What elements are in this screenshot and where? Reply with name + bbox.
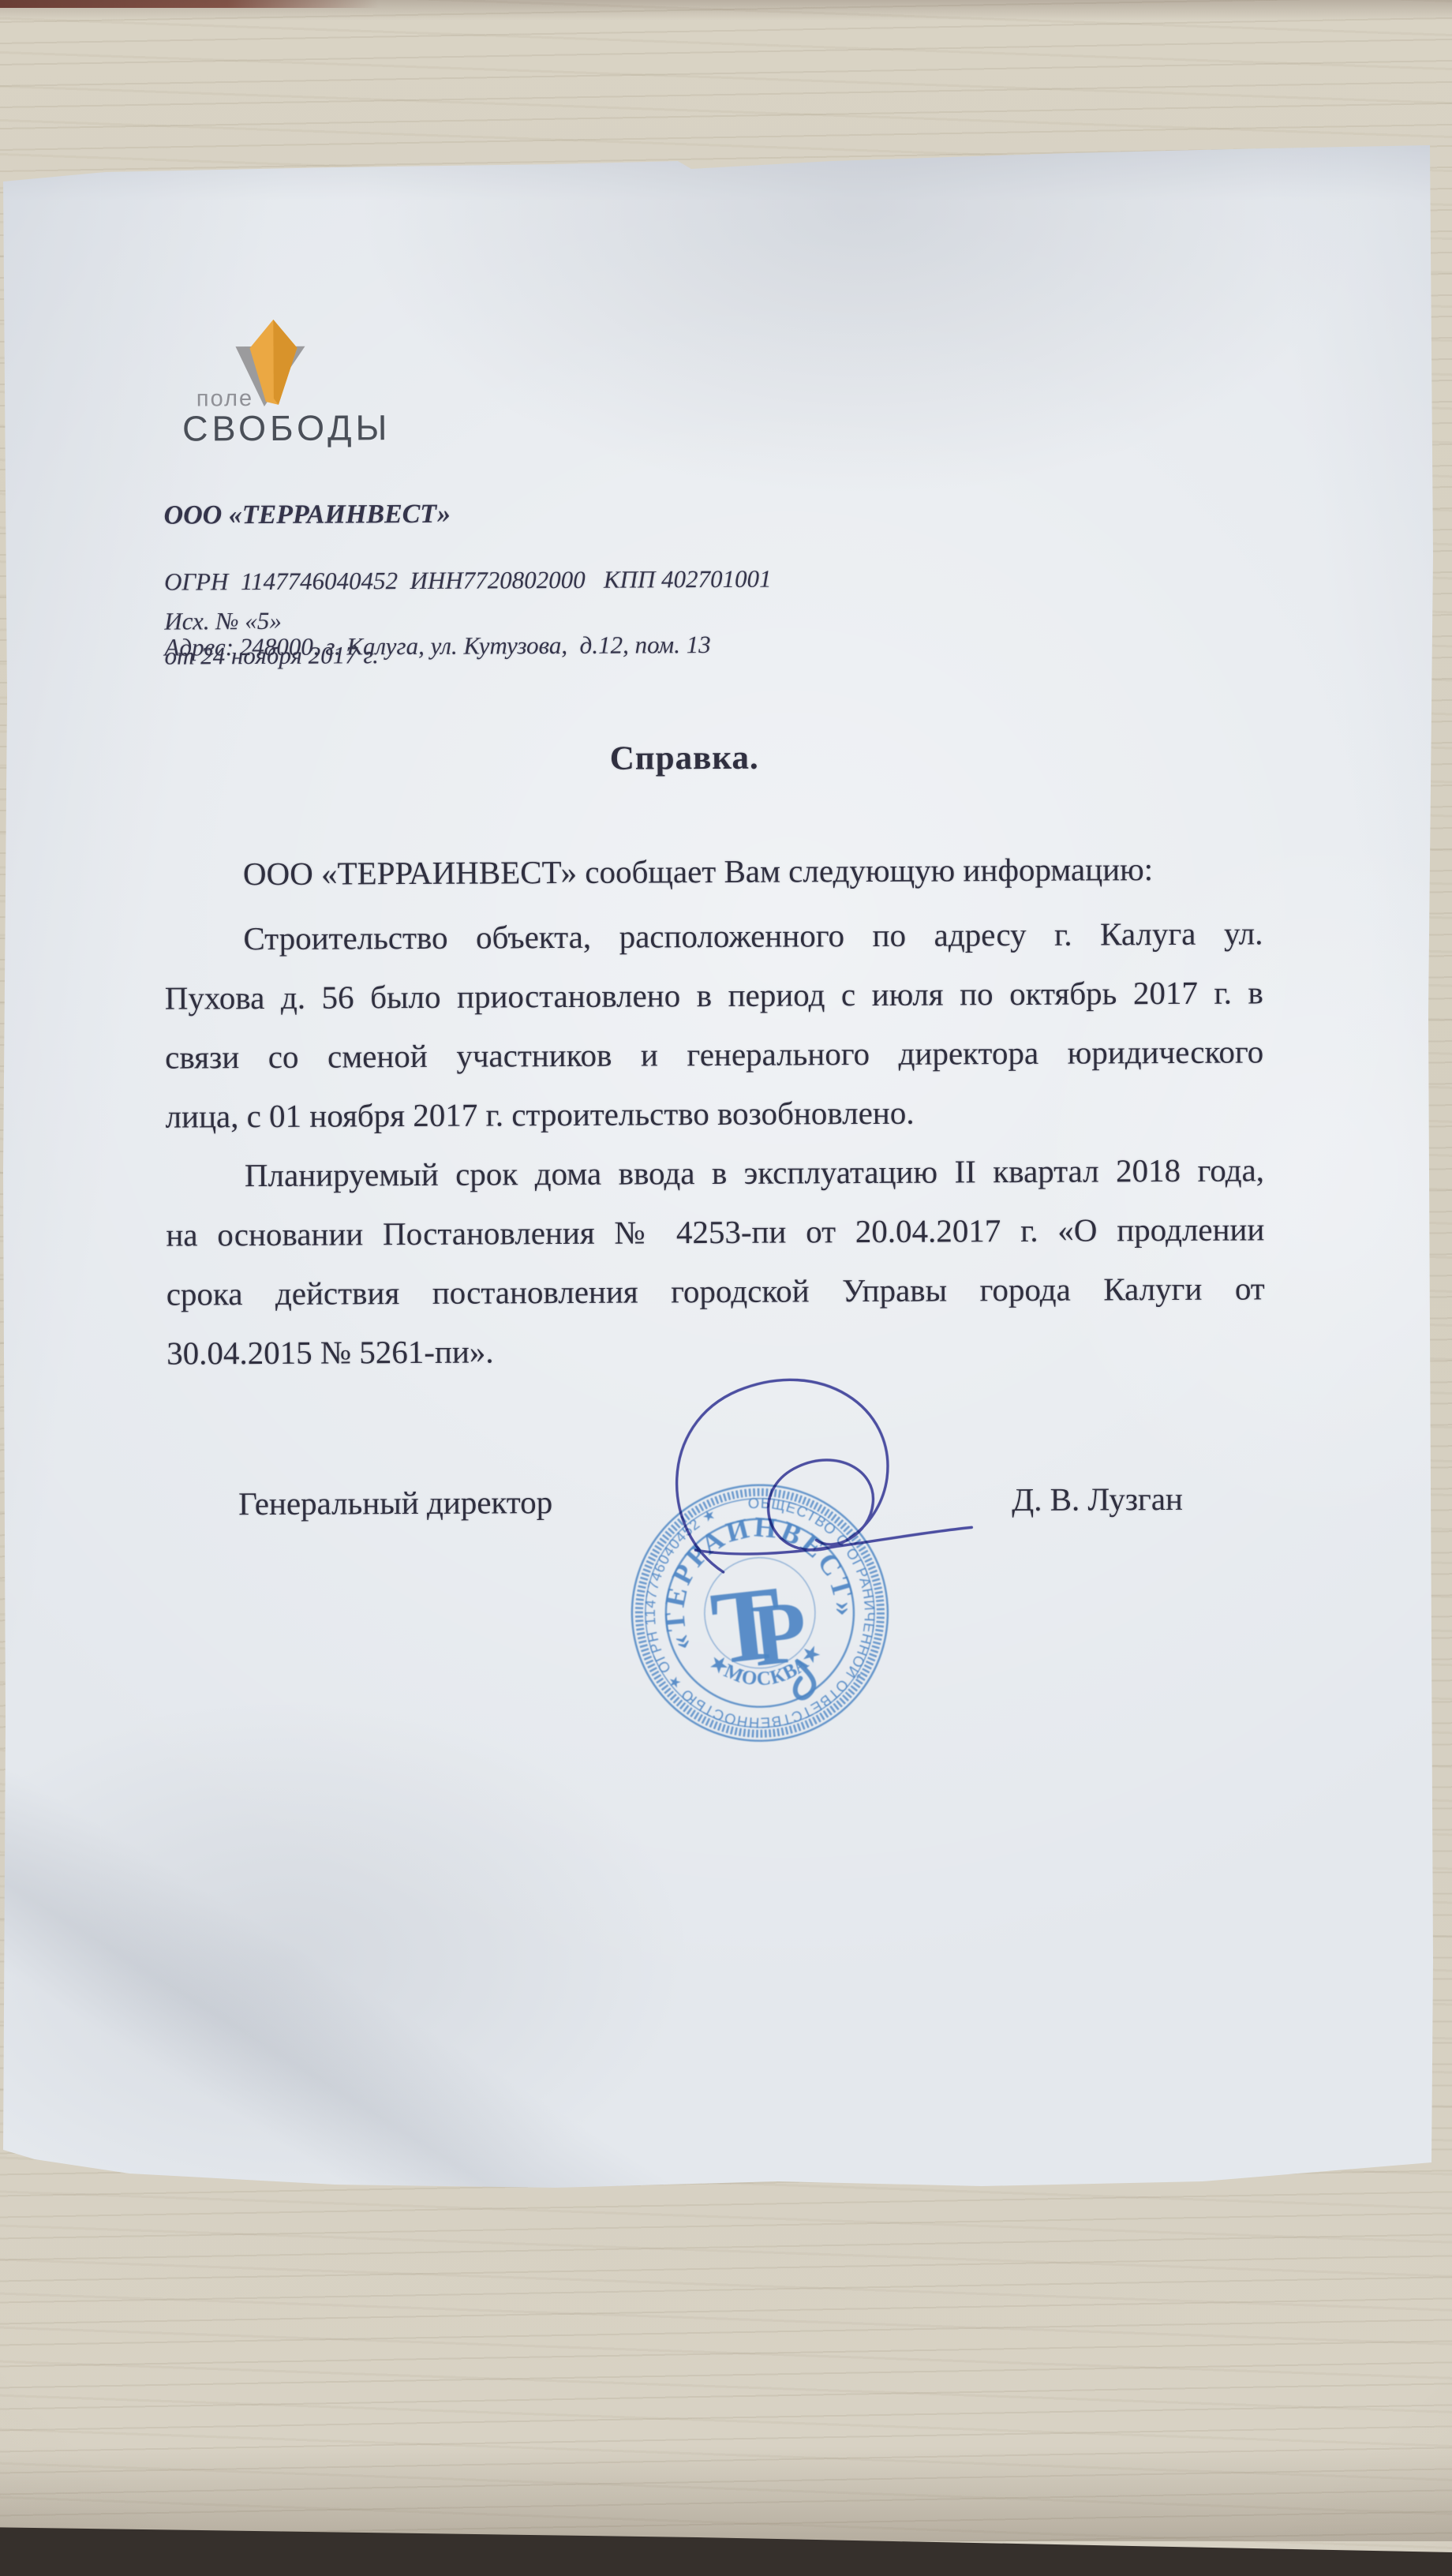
company-name: ООО «ТЕРРАИНВЕСТ» — [163, 494, 771, 535]
intro-line: ООО «ТЕРРАИНВЕСТ» сообщает Вам следующую… — [164, 849, 1263, 893]
company-registration-line: ОГРН 1147746040452 ИНН7720802000 КПП 402… — [164, 560, 772, 601]
signer-role: Генеральный директор — [238, 1483, 552, 1522]
body-line: Пухова д. 56 было приостановлено в перио… — [165, 970, 1263, 1035]
reference-block: Исх. № «5» от 24 ноября 2017 г. — [164, 603, 379, 673]
body-line: Планируемый срок дома ввода в эксплуатац… — [166, 1148, 1264, 1212]
photographed-document: поле СВОБОДЫ ООО «ТЕРРАИНВЕСТ» ОГРН 1147… — [0, 0, 1452, 2576]
document-content: поле СВОБОДЫ ООО «ТЕРРАИНВЕСТ» ОГРН 1147… — [0, 141, 1439, 2210]
body-line: срока действия постановления городской У… — [167, 1266, 1265, 1331]
outgoing-number: Исх. № «5» — [164, 603, 379, 638]
body-line: на основании Постановления № 4253-пи от … — [166, 1207, 1264, 1271]
body-line: Строительство объекта, расположенного по… — [164, 911, 1263, 975]
logo-brand-text: СВОБОДЫ — [182, 407, 391, 449]
document-body: Строительство объекта, расположенного по… — [164, 911, 1265, 1390]
handwritten-signature — [635, 1359, 976, 1597]
body-line: лица, с 01 ноября 2017 г. строительство … — [165, 1088, 1263, 1153]
paper-sheet: поле СВОБОДЫ ООО «ТЕРРАИНВЕСТ» ОГРН 1147… — [3, 145, 1433, 2207]
body-line: связи со сменой участников и генеральног… — [165, 1029, 1263, 1094]
document-date: от 24 ноября 2017 г. — [164, 638, 379, 673]
signer-name: Д. В. Лузган — [1012, 1480, 1183, 1518]
document-title: Справка. — [163, 736, 1205, 781]
